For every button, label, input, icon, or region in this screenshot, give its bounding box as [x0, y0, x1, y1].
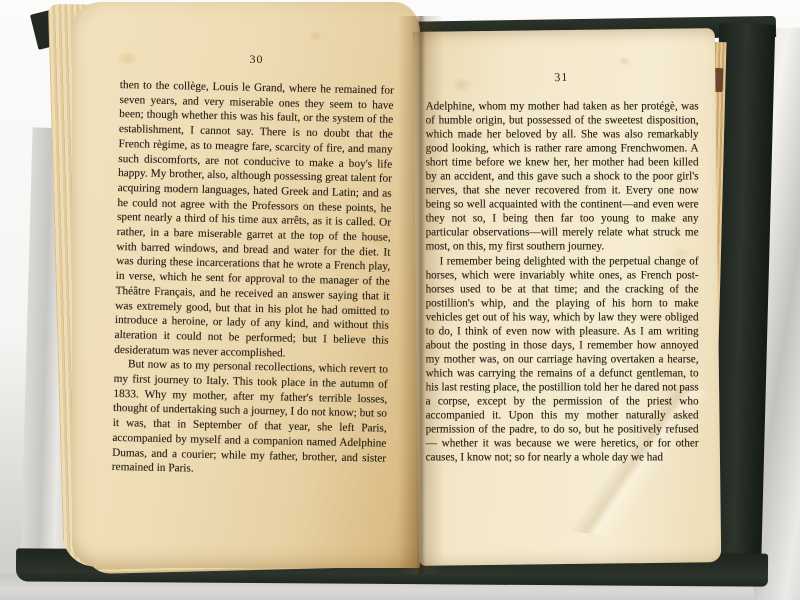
left-paragraph-1: then to the collège, Louis le Grand, whe… — [114, 78, 394, 363]
right-page-number: 31 — [425, 68, 697, 86]
left-paragraph-2: But now as to my personal recollections,… — [112, 357, 388, 480]
right-paragraph-2: I remember being delighted with the perp… — [426, 254, 699, 465]
right-paragraph-1: Adelphine, whom my mother had taken as h… — [426, 100, 699, 255]
right-page-text: Adelphine, whom my mother had taken as h… — [426, 100, 699, 465]
left-page-text: then to the collège, Louis le Grand, whe… — [112, 78, 394, 481]
book-photo: 30 then to the collège, Louis le Grand, … — [0, 0, 800, 600]
book-gutter-shadow — [398, 16, 444, 574]
left-page-number: 30 — [120, 52, 393, 67]
right-page: 31 Adelphine, whom my mother had taken a… — [413, 28, 722, 566]
left-page: 30 then to the collège, Louis le Grand, … — [72, 2, 420, 568]
